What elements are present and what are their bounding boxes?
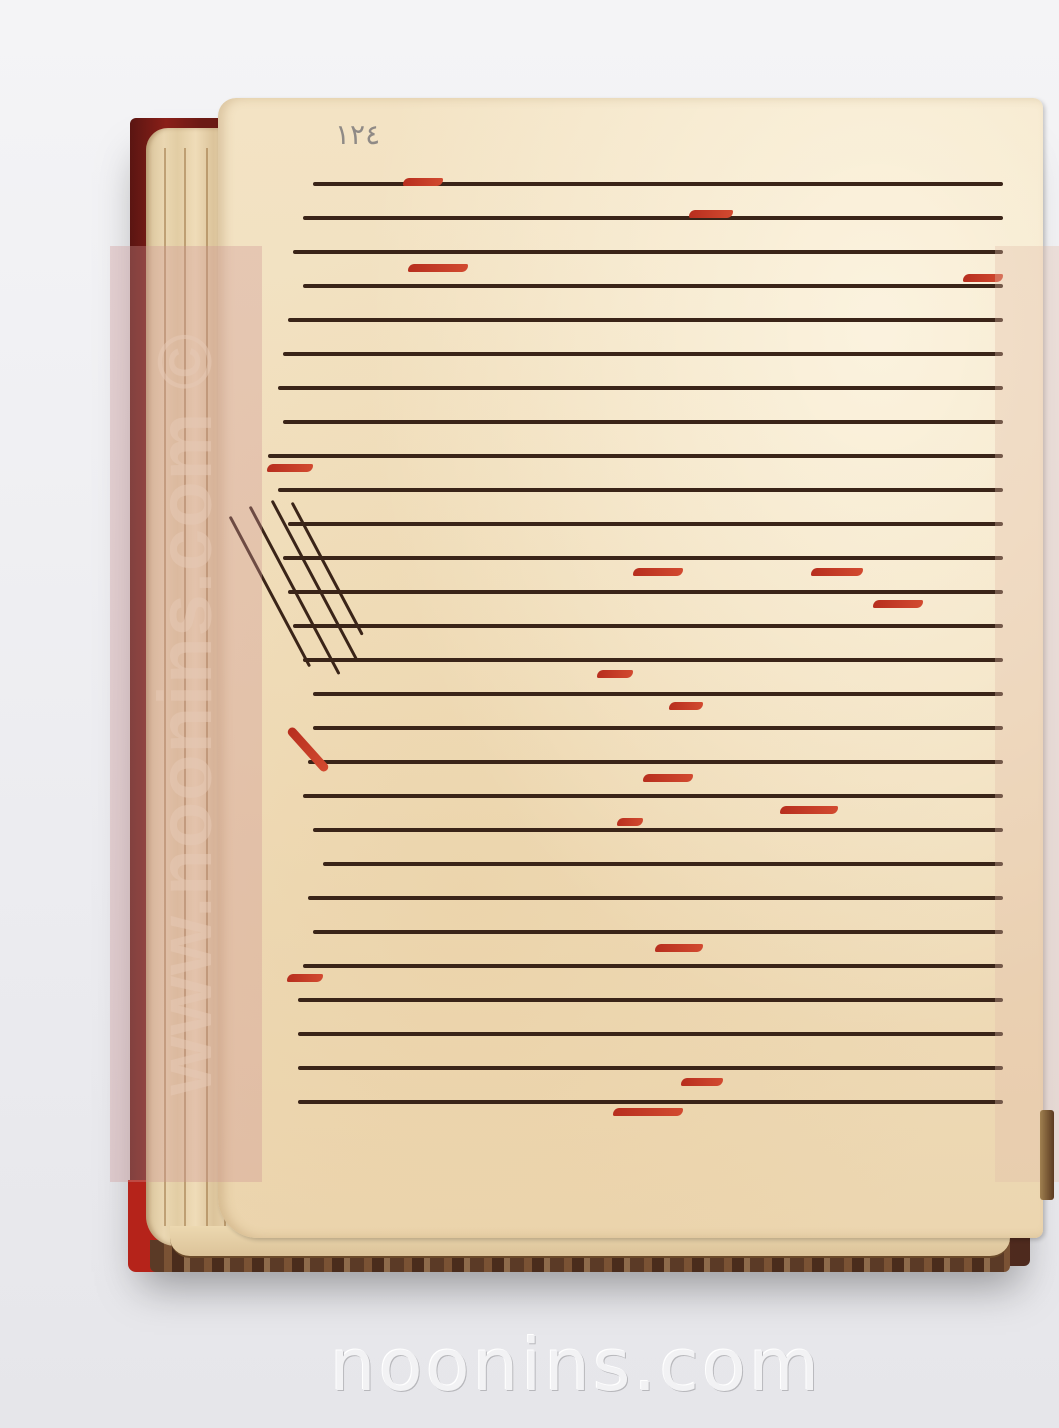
text-line [288, 578, 1003, 608]
text-line [298, 1020, 1003, 1050]
text-line [313, 714, 1003, 744]
text-line [303, 272, 1003, 302]
text-line [298, 1054, 1003, 1084]
text-line [303, 204, 1003, 234]
text-line [293, 238, 1003, 268]
text-line [288, 306, 1003, 336]
text-line [303, 782, 1003, 812]
text-line [278, 476, 1003, 506]
text-line [303, 952, 1003, 982]
text-line [313, 816, 1003, 846]
text-line [268, 442, 1003, 472]
watermark-vertical-text: www.noonins.com © [146, 246, 226, 1182]
text-line [293, 612, 1003, 642]
page-edge-tab [1040, 1110, 1054, 1200]
text-line [278, 374, 1003, 404]
manuscript-photo: ١٢٤ [0, 0, 1059, 1428]
folio-number: ١٢٤ [335, 118, 380, 151]
text-line [308, 884, 1003, 914]
text-line [283, 408, 1003, 438]
text-line [303, 646, 1003, 676]
text-line [283, 340, 1003, 370]
text-line [283, 544, 1003, 574]
text-line [323, 850, 1003, 880]
manuscript-text-block [268, 170, 1003, 1170]
text-line [298, 986, 1003, 1016]
watermark-bottom-text: noonins.com [330, 1320, 730, 1410]
watermark-band-right [995, 246, 1059, 1182]
text-line [298, 1088, 1003, 1118]
text-line [313, 918, 1003, 948]
text-line [313, 170, 1003, 200]
text-line [313, 680, 1003, 710]
text-line [308, 748, 1003, 778]
text-line [288, 510, 1003, 540]
